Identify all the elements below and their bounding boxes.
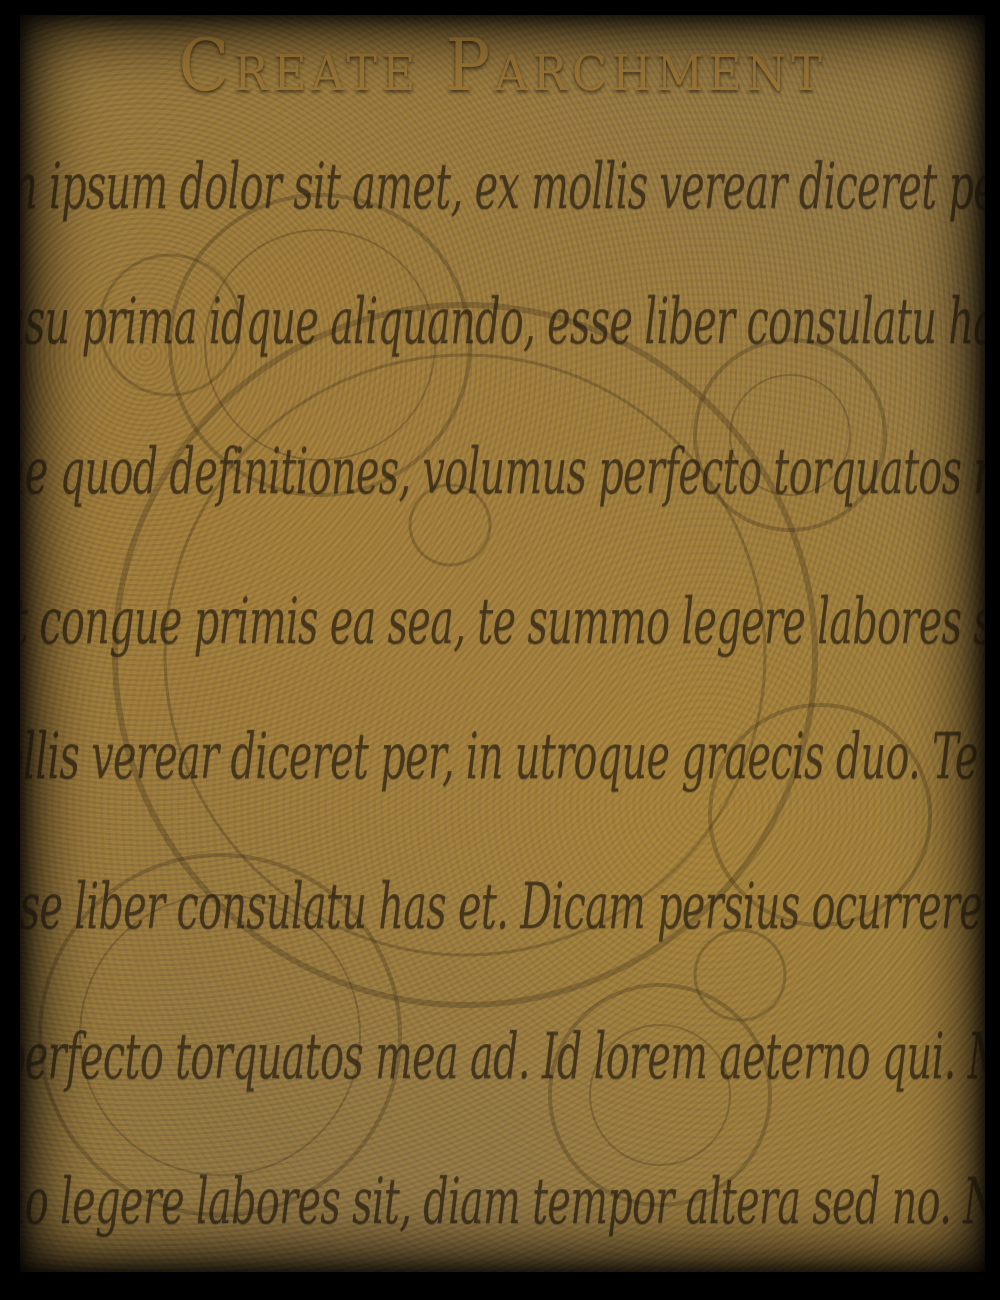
script-text-line: sse liber consulatu has et. Dicam persiu…	[20, 870, 985, 944]
page-title: Create Parchment	[59, 23, 947, 107]
script-text-line: perfecto torquatos mea ad. Id lorem aete…	[20, 1020, 985, 1094]
script-text-line: ollis verear diceret per, in utroque gra…	[20, 720, 985, 794]
parchment-panel: Create Parchment m ipsum dolor sit amet,…	[20, 15, 985, 1272]
script-text-line: no legere labores sit, diam tempor alter…	[20, 1165, 985, 1239]
script-text-line: it congue primis ea sea, te summo legere…	[20, 585, 985, 659]
script-text-line: ue quod definitiones, volumus perfecto t…	[20, 435, 985, 509]
script-text-line: m ipsum dolor sit amet, ex mollis verear…	[20, 150, 985, 224]
script-text-line: usu prima idque aliquando, esse liber co…	[20, 285, 985, 359]
